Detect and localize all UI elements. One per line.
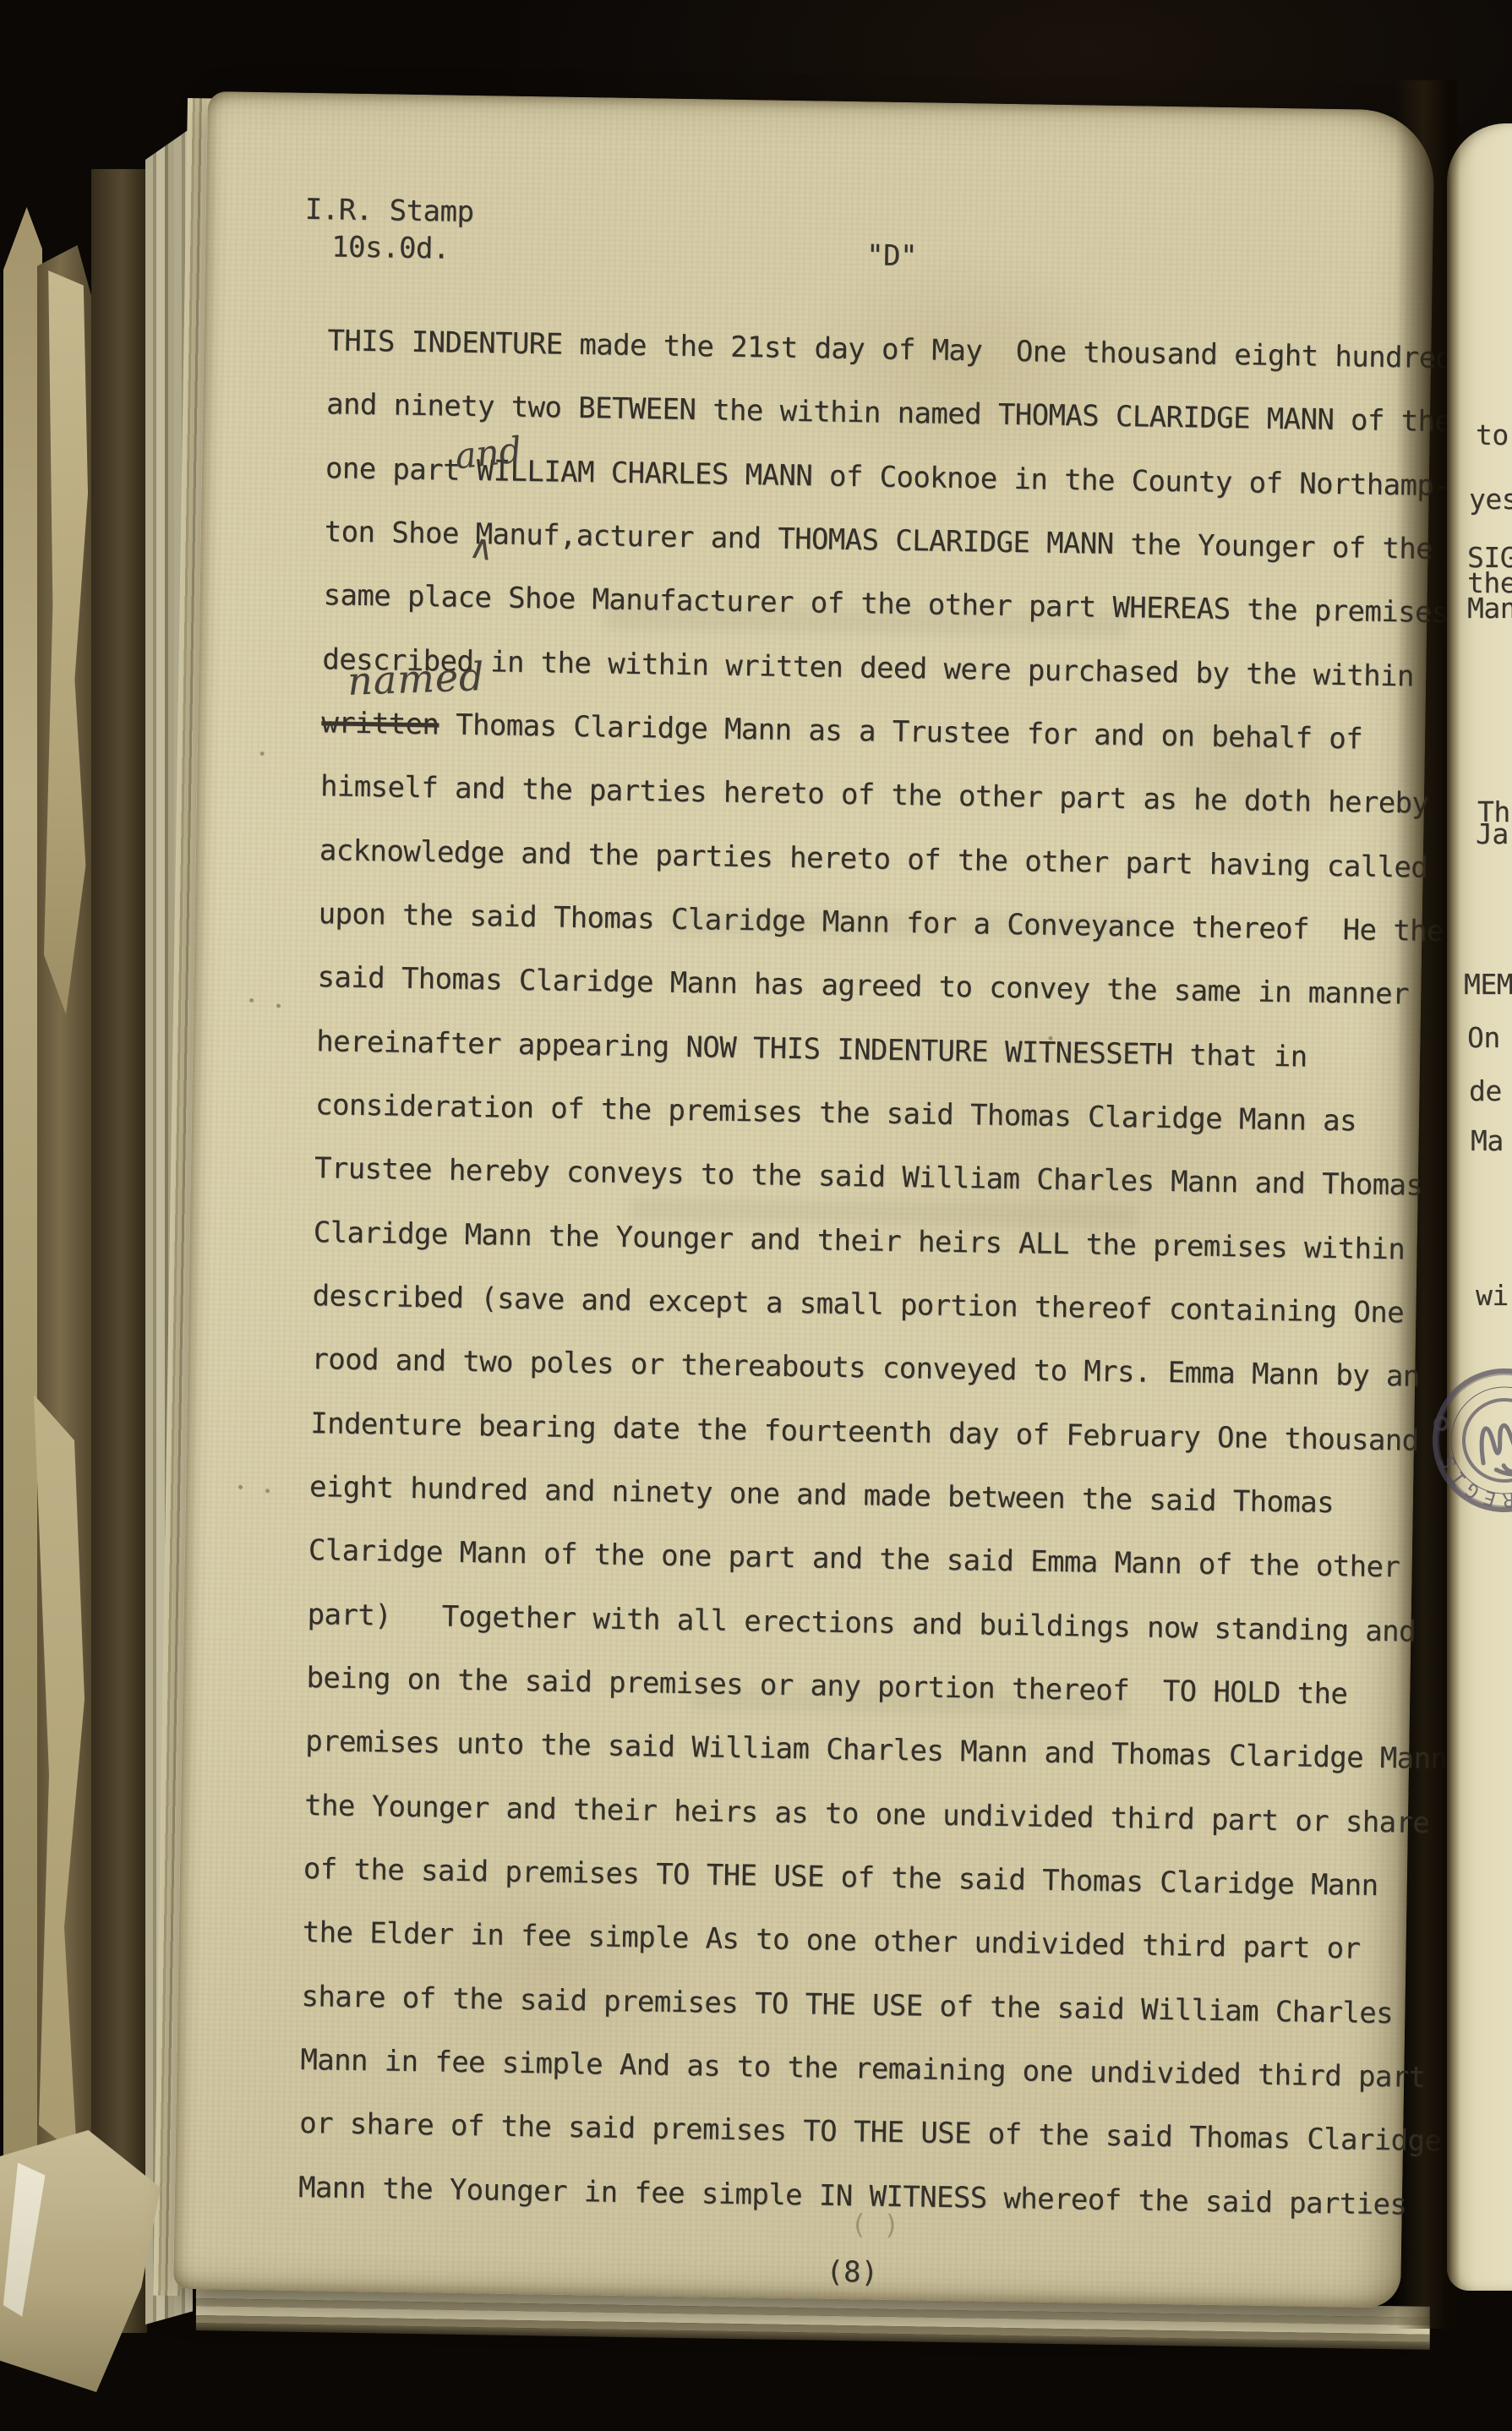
typed-line: written Thomas Claridge Mann as a Truste… <box>321 703 1512 762</box>
facing-page-text-fragment: yes <box>1469 483 1512 516</box>
typed-line: share of the said premises TO THE USE of… <box>301 1977 1512 2036</box>
typed-line: the Elder in fee simple As to one other … <box>302 1913 1512 1972</box>
faint-parenthesis-mark: ( ) <box>850 2208 899 2241</box>
ir-stamp-value: 10s.0d. <box>331 230 450 265</box>
facing-page-text-fragment: Man <box>1467 592 1512 625</box>
typed-line: Mann in fee simple And as to the remaini… <box>300 2040 1512 2100</box>
typed-line: eight hundred and ninety one and made be… <box>309 1467 1512 1527</box>
typed-line: or share of the said premises TO THE USE… <box>299 2104 1512 2163</box>
typed-line: Trustee hereby conveys to the said Willi… <box>314 1149 1512 1208</box>
typed-line: consideration of the premises the said T… <box>315 1085 1512 1144</box>
typed-line: THIS INDENTURE made the 21st day of May … <box>327 321 1512 380</box>
ir-stamp-label: I.R. Stamp <box>305 193 474 229</box>
facing-page-text-fragment: to <box>1476 418 1509 451</box>
typed-line: described in the within written deed wer… <box>322 640 1512 699</box>
land-registry-stamp: LAND REGISTRY <box>1403 1339 1512 1542</box>
ink-speck <box>276 1003 281 1008</box>
typed-line: Claridge Mann the Younger and their heir… <box>313 1213 1512 1272</box>
binding-shadow <box>91 169 147 2333</box>
deed-page: I.R. Stamp 10s.0d. "D" THIS INDENTURE ma… <box>173 91 1435 2308</box>
ink-speck <box>260 751 265 756</box>
typed-line: of the said premises TO THE USE of the s… <box>303 1849 1512 1909</box>
ink-speck <box>249 998 254 1002</box>
facing-page-text-fragment: wi <box>1476 1279 1509 1312</box>
page-number: (8) <box>826 2255 878 2290</box>
facing-page-text-fragment: Ma <box>1471 1124 1504 1157</box>
ink-speck <box>265 1489 270 1493</box>
typed-line-rest: Thomas Claridge Mann as a Trustee for an… <box>439 707 1362 756</box>
scanned-book-photo: I.R. Stamp 10s.0d. "D" THIS INDENTURE ma… <box>0 0 1512 2431</box>
facing-page-text-fragment: On <box>1467 1021 1500 1054</box>
torn-page-edge-strip <box>3 207 42 2295</box>
typed-line: part) Together with all erections and bu… <box>307 1595 1512 1654</box>
handwritten-insertion-named: named <box>347 653 485 704</box>
typed-line: acknowledge and the parties hereto of th… <box>319 831 1512 890</box>
facing-page-text-fragment: Ja <box>1476 817 1509 850</box>
insertion-caret: ∧ <box>467 527 497 569</box>
typed-line: himself and the parties hereto of the ot… <box>320 767 1512 826</box>
typed-line: Mann the Younger in fee simple IN WITNES… <box>298 2168 1512 2227</box>
exhibit-mark: "D" <box>866 238 918 273</box>
typed-line: Indenture bearing date the fourteenth da… <box>310 1404 1512 1463</box>
typed-line: being on the said premises or any portio… <box>306 1658 1512 1718</box>
typed-line: rood and two poles or thereabouts convey… <box>311 1340 1512 1399</box>
typed-line: the Younger and their heirs as to one un… <box>304 1786 1512 1845</box>
typed-line: premises unto the said William Charles M… <box>305 1722 1512 1781</box>
ink-speck <box>238 1485 243 1489</box>
facing-page-text-fragment: de <box>1469 1074 1502 1107</box>
typed-line: upon the said Thomas Claridge Mann for a… <box>318 894 1512 953</box>
typed-line: ton Shoe Manuf,acturer and THOMAS CLARID… <box>324 512 1512 571</box>
typed-line: same place Shoe Manufacturer of the othe… <box>323 576 1512 635</box>
typed-line: Claridge Mann of the one part and the sa… <box>308 1531 1512 1590</box>
handwritten-insertion-and: and <box>453 429 524 477</box>
typed-line: described (save and except a small porti… <box>312 1276 1512 1336</box>
facing-page-sliver: to yes SIG the Man Th Ja MEM On de Ma wi… <box>1447 123 1512 2291</box>
facing-page-text-fragment: MEM <box>1464 968 1512 1001</box>
typed-line: said Thomas Claridge Mann has agreed to … <box>317 958 1512 1017</box>
typed-line: hereinafter appearing NOW THIS INDENTURE… <box>316 1022 1512 1081</box>
struck-word: written <box>321 706 439 741</box>
